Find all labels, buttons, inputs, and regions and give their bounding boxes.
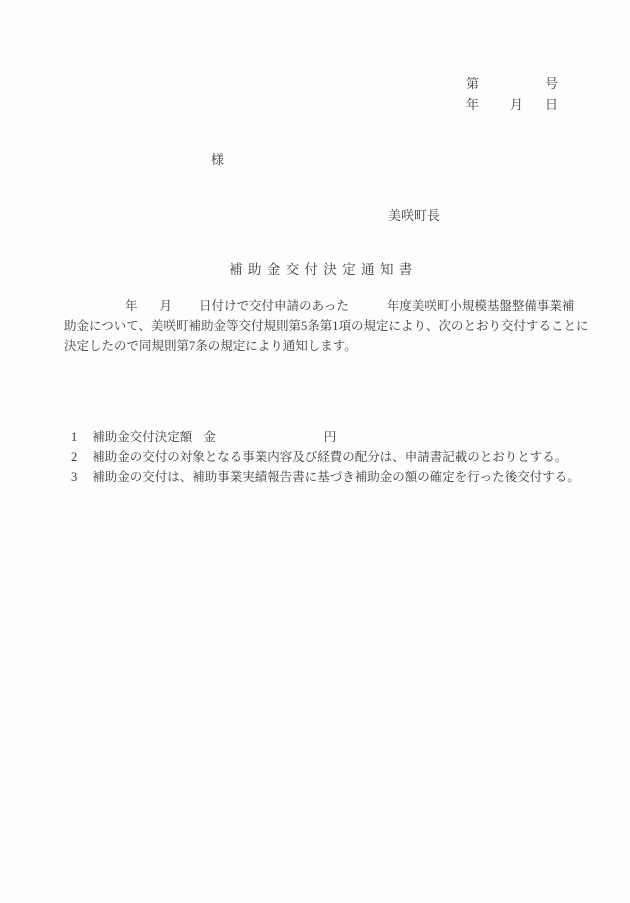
body-paragraph-line-3: 決定したので同規則第7条の規定により通知します。 (64, 339, 357, 355)
item-1-amount-prefix: 金 (203, 430, 216, 444)
item-3-number-gap (77, 480, 92, 481)
doc-number-prefix: 第 (466, 76, 479, 91)
body-fiscal-year-blank (349, 309, 387, 310)
recipient-honorific: 様 (211, 152, 224, 168)
item-3-text: 補助金の交付は、補助事業実績報告書に基づき補助金の額の確定を行った後交付する。 (92, 470, 580, 484)
doc-date-line: 年月日 (466, 97, 558, 113)
list-item-payment-condition: 3補助金の交付は、補助事業実績報告書に基づき補助金の額の確定を行った後交付する。 (71, 470, 580, 486)
body-paragraph-line-1: 年月日付けで交付申請のあった年度美咲町小規模基盤整備事業補 (64, 299, 574, 315)
body-month-label: 月 (160, 299, 173, 313)
item-1-number: 1 (71, 430, 77, 444)
date-month-label: 月 (510, 97, 523, 112)
body-paragraph-line-2: 助金について、美咲町補助金等交付規則第5条第1項の規定により、次のとおり交付する… (64, 319, 589, 335)
item-1-number-gap (77, 440, 92, 441)
item-1-label: 補助金交付決定額 (92, 430, 192, 444)
date-month-blank (479, 108, 510, 109)
issuer-name: 美咲町長 (388, 208, 440, 224)
item-1-label-gap (192, 440, 203, 441)
body-year-label: 年 (125, 299, 138, 313)
date-year-label: 年 (466, 97, 479, 112)
item-2-text: 補助金の交付の対象となる事業内容及び経費の配分は、申請書記載のとおりとする。 (92, 450, 567, 464)
doc-number-suffix: 号 (545, 76, 558, 91)
document-page: 第号 年月日 様 美咲町長 補 助 金 交 付 決 定 通 知 書 年月日付けで… (0, 0, 630, 903)
list-item-allocation: 2補助金の交付の対象となる事業内容及び経費の配分は、申請書記載のとおりとする。 (71, 450, 567, 466)
document-title: 補 助 金 交 付 決 定 通 知 書 (229, 262, 413, 279)
date-day-label: 日 (545, 97, 558, 112)
item-1-amount-blank (216, 440, 324, 441)
item-1-amount-suffix: 円 (324, 430, 337, 444)
item-2-number-gap (77, 460, 92, 461)
paragraph-indent-blank (64, 309, 125, 310)
date-day-blank (523, 108, 545, 109)
list-item-amount: 1補助金交付決定額金円 (71, 430, 336, 446)
doc-number-blank (479, 87, 545, 88)
item-3-number: 3 (71, 470, 77, 484)
body-fiscal-phrase: 年度美咲町小規模基盤整備事業補 (387, 299, 575, 313)
body-day-phrase: 日付けで交付申請のあった (199, 299, 349, 313)
body-day-blank (172, 309, 199, 310)
body-month-blank (138, 309, 160, 310)
doc-number-line: 第号 (466, 76, 558, 92)
item-2-number: 2 (71, 450, 77, 464)
